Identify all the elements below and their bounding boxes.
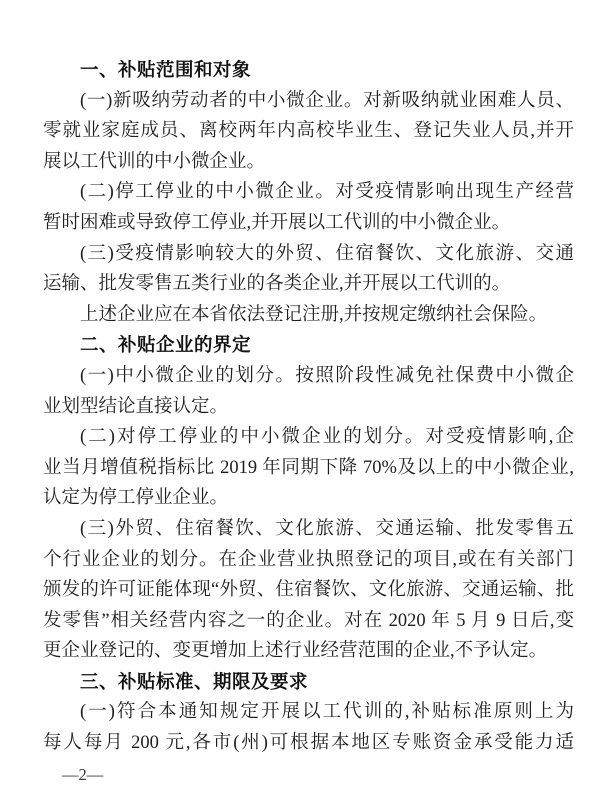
text-line: 个行业企业的划分。在企业营业执照登记的项目,或在有关部门: [43, 545, 574, 576]
text-line: 更企业登记的、变更增加上述行业经营范围的企业,不予认定。: [43, 636, 574, 667]
section-heading: 二、补贴企业的界定: [43, 330, 574, 361]
section-heading: 三、补贴标准、期限及要求: [43, 667, 574, 698]
text-line: 上述企业应在本省依法登记注册,并按规定缴纳社会保险。: [43, 300, 574, 331]
section-heading: 一、补贴范围和对象: [43, 55, 574, 86]
document-body: 一、补贴范围和对象(一)新吸纳劳动者的中小微企业。对新吸纳就业困难人员、零就业家…: [43, 55, 574, 759]
text-line: 运输、批发零售五类行业的各类企业,并开展以工代训的。: [43, 269, 574, 300]
text-line: (一)中小微企业的划分。按照阶段性减免社保费中小微企: [43, 361, 574, 392]
text-line: (二)停工停业的中小微企业。对受疫情影响出现生产经营: [43, 177, 574, 208]
text-line: 展以工代训的中小微企业。: [43, 147, 574, 178]
text-line: (三)外贸、住宿餐饮、文化旅游、交通运输、批发零售五: [43, 514, 574, 545]
text-line: (二)对停工停业的中小微企业的划分。对受疫情影响,企: [43, 422, 574, 453]
text-line: 颁发的许可证能体现“外贸、住宿餐饮、文化旅游、交通运输、批: [43, 575, 574, 606]
page-number: —2—: [62, 760, 103, 790]
text-line: 暂时困难或导致停工停业,并开展以工代训的中小微企业。: [43, 208, 574, 239]
text-line: 业划型结论直接认定。: [43, 392, 574, 423]
text-line: (一)符合本通知规定开展以工代训的,补贴标准原则上为: [43, 697, 574, 728]
text-line: (一)新吸纳劳动者的中小微企业。对新吸纳就业困难人员、: [43, 86, 574, 117]
text-line: 认定为停工停业企业。: [43, 483, 574, 514]
text-line: 零就业家庭成员、离校两年内高校毕业生、登记失业人员,并开: [43, 116, 574, 147]
text-line: (三)受疫情影响较大的外贸、住宿餐饮、文化旅游、交通: [43, 239, 574, 270]
text-line: 发零售”相关经营内容之一的企业。对在 2020 年 5 月 9 日后,变: [43, 606, 574, 637]
text-line: 业当月增值税指标比 2019 年同期下降 70%及以上的中小微企业,: [43, 453, 574, 484]
text-line: 每人每月 200 元,各市(州)可根据本地区专账资金承受能力适: [43, 728, 574, 759]
document-page: 一、补贴范围和对象(一)新吸纳劳动者的中小微企业。对新吸纳就业困难人员、零就业家…: [0, 0, 601, 810]
